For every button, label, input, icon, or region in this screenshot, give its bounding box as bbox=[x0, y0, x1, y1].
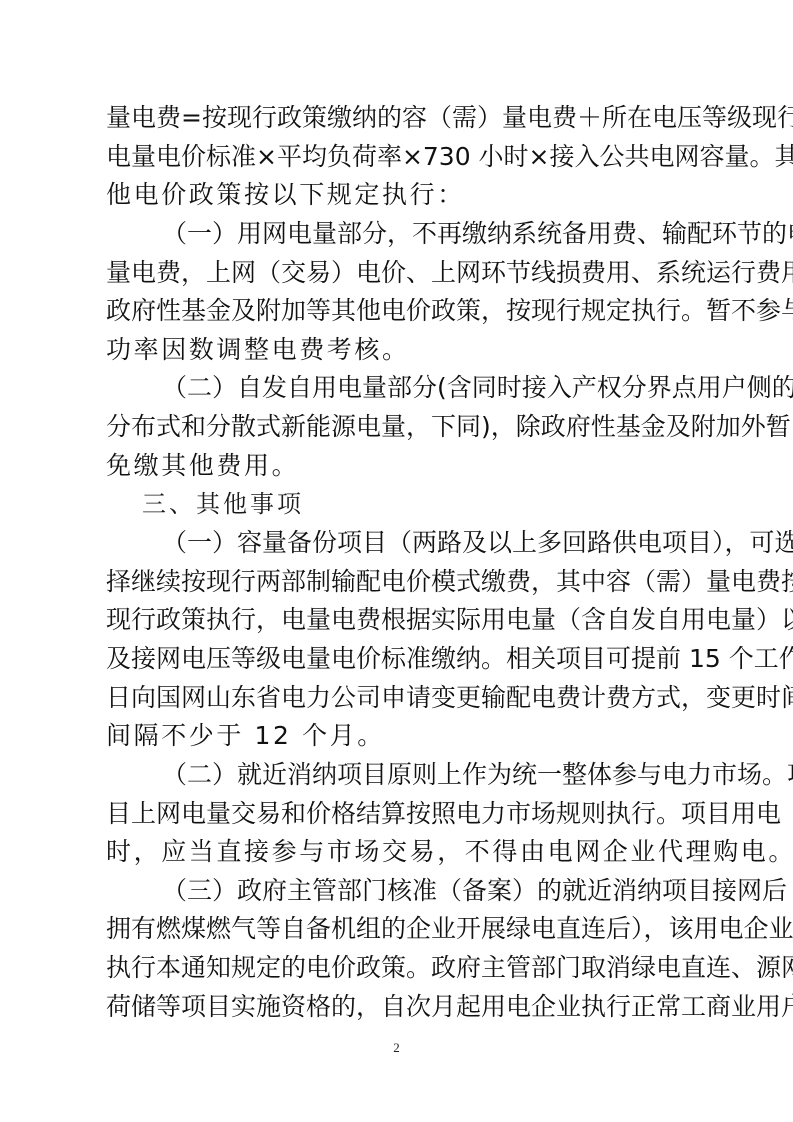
text-line: 量电费，上网（交易）电价、上网环节线损费用、系统运行费用、 bbox=[106, 254, 696, 293]
text-line: （一）用网电量部分，不再缴纳系统备用费、输配环节的电 bbox=[106, 215, 696, 254]
text-line: 日向国网山东省电力公司申请变更输配电费计费方式，变更时间 bbox=[106, 679, 696, 718]
paragraph-item-2-self-use: （二）自发自用电量部分(含同时接入产权分界点用户侧的 分布式和分散式新能源电量，… bbox=[106, 369, 696, 485]
text-line: 免缴其他费用。 bbox=[106, 447, 696, 486]
text-line: 量电费=按现行政策缴纳的容（需）量电费＋所在电压等级现行 bbox=[106, 99, 696, 138]
text-line: 执行本通知规定的电价政策。政府主管部门取消绿电直连、源网 bbox=[106, 949, 696, 988]
paragraph-item-1-grid-electricity: （一）用网电量部分，不再缴纳系统备用费、输配环节的电 量电费，上网（交易）电价、… bbox=[106, 215, 696, 370]
document-page: 量电费=按现行政策缴纳的容（需）量电费＋所在电压等级现行 电量电价标准×平均负荷… bbox=[0, 0, 793, 1122]
text-line: 拥有燃煤燃气等自备机组的企业开展绿电直连后），该用电企业 bbox=[106, 910, 696, 949]
paragraph-item-3-approved-projects: （三）政府主管部门核准（备案）的就近消纳项目接网后（含 拥有燃煤燃气等自备机组的… bbox=[106, 872, 696, 1027]
text-line: 分布式和分散式新能源电量，下同)，除政府性基金及附加外暂 bbox=[106, 408, 696, 447]
text-line: 他电价政策按以下规定执行： bbox=[106, 176, 696, 215]
text-line: （一）容量备份项目（两路及以上多回路供电项目），可选 bbox=[106, 524, 696, 563]
text-line: 择继续按现行两部制输配电价模式缴费，其中容（需）量电费按 bbox=[106, 563, 696, 602]
paragraph-item-1-capacity-backup: （一）容量备份项目（两路及以上多回路供电项目），可选 择继续按现行两部制输配电价… bbox=[106, 524, 696, 756]
text-line: 荷储等项目实施资格的，自次月起用电企业执行正常工商业用户 bbox=[106, 988, 696, 1027]
text-line: 及接网电压等级电量电价标准缴纳。相关项目可提前 15 个工作 bbox=[106, 640, 696, 679]
page-number: 2 bbox=[0, 1040, 793, 1056]
text-line: 功率因数调整电费考核。 bbox=[106, 331, 696, 370]
text-line: （二）就近消纳项目原则上作为统一整体参与电力市场。项 bbox=[106, 756, 696, 795]
section-heading: 三、其他事项 bbox=[106, 485, 696, 524]
text-line: 目上网电量交易和价格结算按照电力市场规则执行。项目用电 bbox=[106, 795, 696, 834]
text-line: （三）政府主管部门核准（备案）的就近消纳项目接网后（含 bbox=[106, 872, 696, 911]
section-heading-other-matters: 三、其他事项 bbox=[106, 485, 696, 524]
text-line: 时，应当直接参与市场交易，不得由电网企业代理购电。 bbox=[106, 833, 696, 872]
paragraph-formula-continuation: 量电费=按现行政策缴纳的容（需）量电费＋所在电压等级现行 电量电价标准×平均负荷… bbox=[106, 99, 696, 215]
paragraph-item-2-nearby-consumption: （二）就近消纳项目原则上作为统一整体参与电力市场。项 目上网电量交易和价格结算按… bbox=[106, 756, 696, 872]
text-line: 电量电价标准×平均负荷率×730 小时×接入公共电网容量。其 bbox=[106, 138, 696, 177]
text-line: （二）自发自用电量部分(含同时接入产权分界点用户侧的 bbox=[106, 369, 696, 408]
text-line: 政府性基金及附加等其他电价政策，按现行规定执行。暂不参与 bbox=[106, 292, 696, 331]
text-line: 现行政策执行，电量电费根据实际用电量（含自发自用电量）以 bbox=[106, 601, 696, 640]
body-text: 量电费=按现行政策缴纳的容（需）量电费＋所在电压等级现行 电量电价标准×平均负荷… bbox=[106, 99, 696, 1026]
text-line: 间隔不少于 12 个月。 bbox=[106, 717, 696, 756]
